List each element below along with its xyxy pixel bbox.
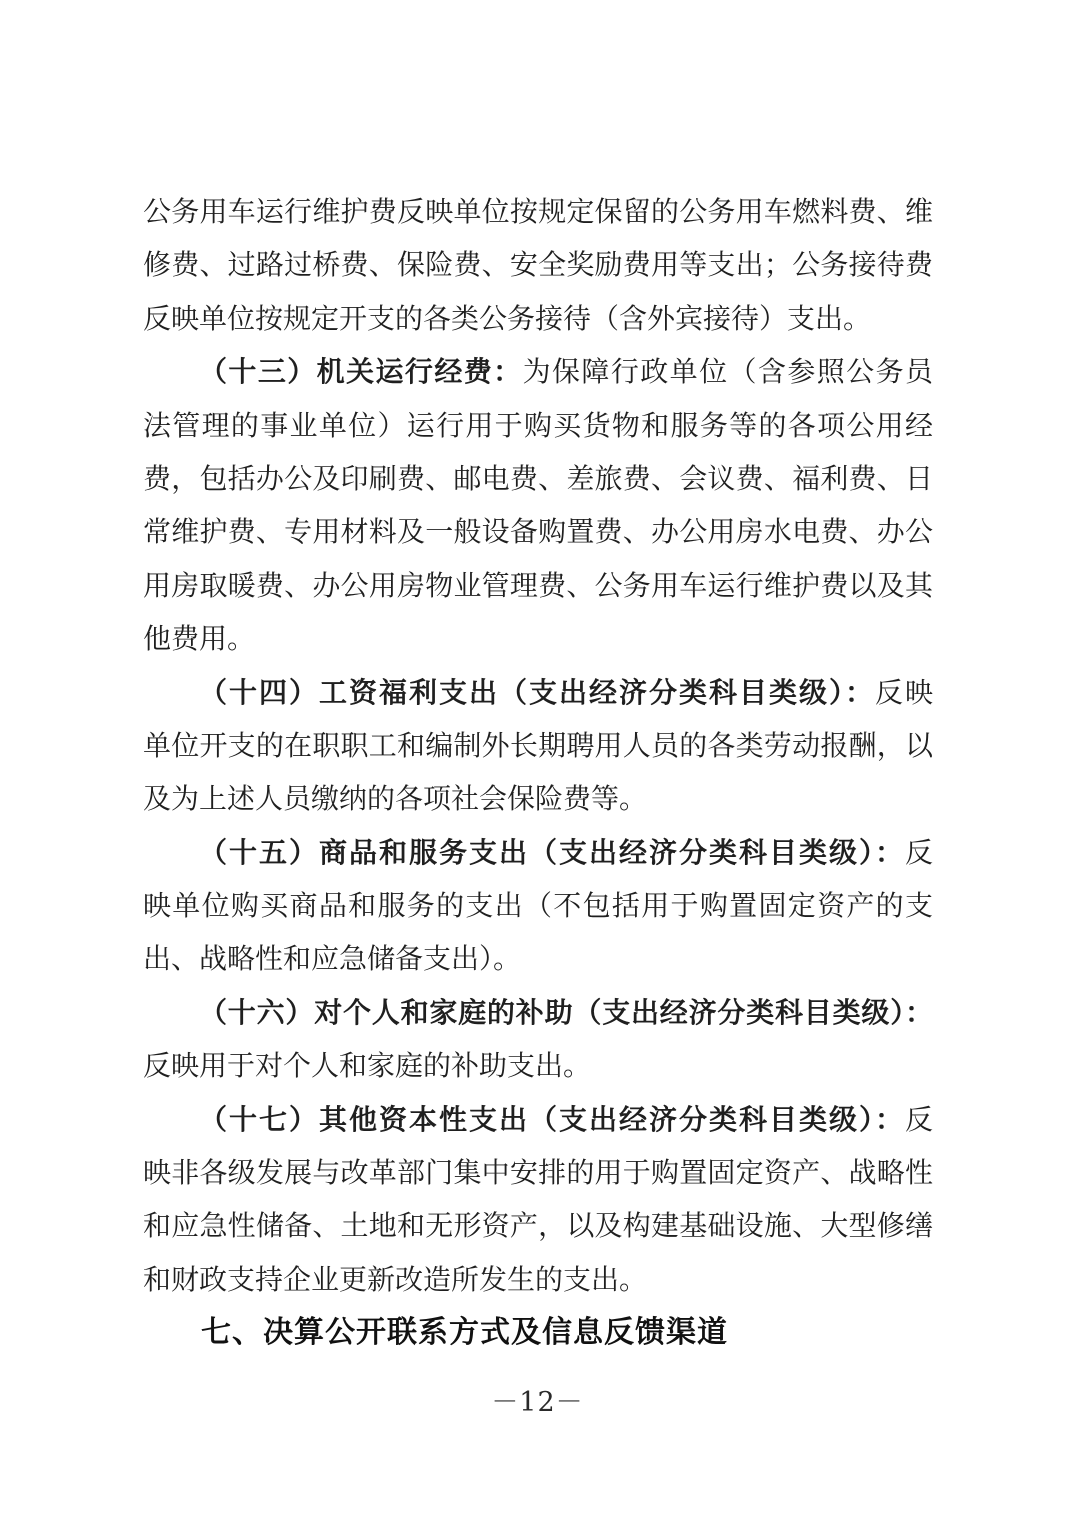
text-line: 单位开支的在职职工和编制外长期聘用人员的各类劳动报酬，以 [143, 719, 933, 772]
text-run: 用房取暖费、办公用房物业管理费、公务用车运行维护费以及其 [143, 569, 933, 602]
text-run: 及为上述人员缴纳的各项社会保险费等。 [143, 782, 647, 815]
text-line: 反映单位按规定开支的各类公务接待（含外宾接待）支出。 [143, 292, 933, 345]
text-run: 常维护费、专用材料及一般设备购置费、办公用房水电费、办公 [143, 515, 933, 548]
text-line: 出、战略性和应急储备支出）。 [143, 932, 933, 985]
term-bold: （十三）机关运行经费： [199, 355, 523, 388]
text-run: 和应急性储备、土地和无形资产，以及构建基础设施、大型修缮 [143, 1209, 933, 1242]
text-run: 和财政支持企业更新改造所发生的支出。 [143, 1263, 647, 1296]
text-line: （十七）其他资本性支出（支出经济分类科目类级）：反 [143, 1093, 933, 1146]
text-line: 映非各级发展与改革部门集中安排的用于购置固定资产、战略性 [143, 1146, 933, 1199]
text-line: （十六）对个人和家庭的补助（支出经济分类科目类级）： [143, 986, 933, 1039]
text-line: 反映用于对个人和家庭的补助支出。 [143, 1039, 933, 1092]
page-number: －12－ [0, 1383, 1075, 1423]
text-line: 常维护费、专用材料及一般设备购置费、办公用房水电费、办公 [143, 505, 933, 558]
document-body: 公务用车运行维护费反映单位按规定保留的公务用车燃料费、维修费、过路过桥费、保险费… [143, 185, 933, 1306]
term-bold: （十四）工资福利支出（支出经济分类科目类级）： [199, 676, 875, 709]
text-line: （十五）商品和服务支出（支出经济分类科目类级）：反 [143, 826, 933, 879]
text-run: 费，包括办公及印刷费、邮电费、差旅费、会议费、福利费、日 [143, 462, 933, 495]
text-line: （十三）机关运行经费：为保障行政单位（含参照公务员 [143, 345, 933, 398]
text-line: 修费、过路过桥费、保险费、安全奖励费用等支出；公务接待费 [143, 238, 933, 291]
text-run: 反映用于对个人和家庭的补助支出。 [143, 1049, 591, 1082]
text-line: 他费用。 [143, 612, 933, 665]
term-bold: （十五）商品和服务支出（支出经济分类科目类级）： [199, 836, 905, 869]
text-run: 法管理的事业单位）运行用于购买货物和服务等的各项公用经 [143, 409, 933, 442]
text-line: 用房取暖费、办公用房物业管理费、公务用车运行维护费以及其 [143, 559, 933, 612]
text-run: 反映单位按规定开支的各类公务接待（含外宾接待）支出。 [143, 302, 871, 335]
term-bold: （十六）对个人和家庭的补助（支出经济分类科目类级）： [199, 996, 933, 1029]
text-line: 映单位购买商品和服务的支出（不包括用于购置固定资产的支 [143, 879, 933, 932]
text-line: 及为上述人员缴纳的各项社会保险费等。 [143, 772, 933, 825]
text-run: 映单位购买商品和服务的支出（不包括用于购置固定资产的支 [143, 889, 933, 922]
text-line: 法管理的事业单位）运行用于购买货物和服务等的各项公用经 [143, 399, 933, 452]
term-bold: （十七）其他资本性支出（支出经济分类科目类级）： [199, 1103, 905, 1136]
text-run: 映非各级发展与改革部门集中安排的用于购置固定资产、战略性 [143, 1156, 933, 1189]
text-line: 和财政支持企业更新改造所发生的支出。 [143, 1253, 933, 1306]
text-run: 他费用。 [143, 622, 255, 655]
document-page: 公务用车运行维护费反映单位按规定保留的公务用车燃料费、维修费、过路过桥费、保险费… [0, 0, 1075, 1520]
text-run: 为保障行政单位（含参照公务员 [523, 355, 933, 388]
section-heading: 七、决算公开联系方式及信息反馈渠道 [201, 1306, 941, 1359]
text-line: 和应急性储备、土地和无形资产，以及构建基础设施、大型修缮 [143, 1199, 933, 1252]
text-run: 反 [905, 1103, 933, 1136]
text-run: 单位开支的在职职工和编制外长期聘用人员的各类劳动报酬，以 [143, 729, 933, 762]
text-run: 修费、过路过桥费、保险费、安全奖励费用等支出；公务接待费 [143, 248, 933, 281]
text-line: 费，包括办公及印刷费、邮电费、差旅费、会议费、福利费、日 [143, 452, 933, 505]
text-line: （十四）工资福利支出（支出经济分类科目类级）：反映 [143, 666, 933, 719]
text-run: 反映 [875, 676, 933, 709]
text-run: 公务用车运行维护费反映单位按规定保留的公务用车燃料费、维 [143, 195, 933, 228]
text-run: 出、战略性和应急储备支出）。 [143, 942, 521, 975]
text-line: 公务用车运行维护费反映单位按规定保留的公务用车燃料费、维 [143, 185, 933, 238]
text-run: 反 [905, 836, 933, 869]
